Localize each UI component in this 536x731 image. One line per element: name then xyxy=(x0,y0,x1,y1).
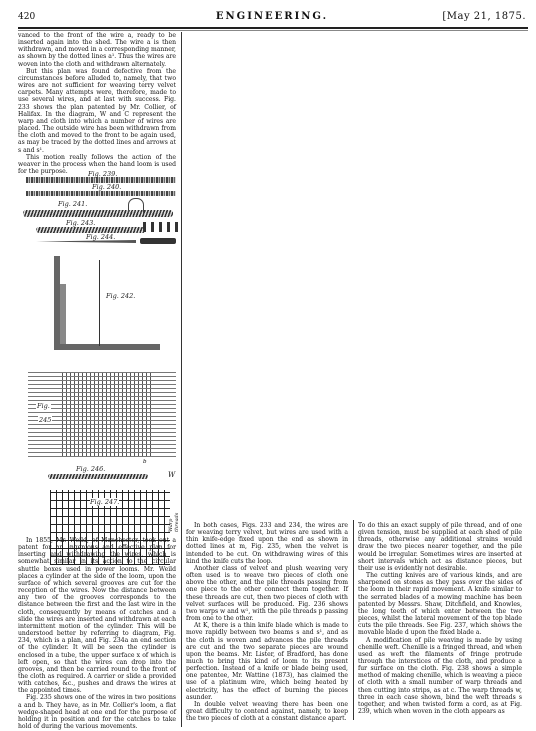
column-divider-2 xyxy=(353,520,354,720)
paragraph: Fig. 235 shows one of the wires in two p… xyxy=(18,694,176,730)
paragraph: But this plan was found defective from t… xyxy=(18,68,176,154)
paragraph: vanced to the front of the wire a, ready… xyxy=(18,32,176,68)
fig-246-label-w: W xyxy=(168,471,175,479)
fig-246-label: Fig. 246. xyxy=(76,465,105,473)
fig-245-woven-grid xyxy=(62,372,154,457)
fig-242-label: Fig. 242. xyxy=(106,292,135,300)
fig-247-warp-label: Warp threads xyxy=(168,507,180,532)
fig-245-label: Fig. xyxy=(36,402,51,410)
fig-245-label-b: b xyxy=(143,459,147,465)
fig-239-label: Fig. 239. xyxy=(88,170,117,178)
fig-245-number: 245 xyxy=(38,416,52,424)
column-2-text: In both cases, Figs. 233 and 234, the wi… xyxy=(186,522,348,722)
figure-group: Fig. 239. Fig. 240. Fig. 241. Fig. 243. … xyxy=(18,172,176,532)
paragraph: In both cases, Figs. 233 and 234, the wi… xyxy=(186,522,348,565)
fig-244-label: Fig. 244. xyxy=(86,233,115,241)
fig-241-label: Fig. 241. xyxy=(58,200,87,208)
paragraph: To do this an exact supply of pile threa… xyxy=(358,522,522,572)
column-3-text: To do this an exact supply of pile threa… xyxy=(358,522,522,715)
header-rule-thin xyxy=(18,30,528,31)
fig-243-label: Fig. 243. xyxy=(66,219,95,227)
fig-243-tufts xyxy=(143,222,178,232)
paragraph: Another class of velvet and plush weavin… xyxy=(186,565,348,622)
paragraph: The cutting knives are of various kinds,… xyxy=(358,572,522,636)
fig-241-chenille-cord xyxy=(23,210,173,217)
fig-242-base-bar xyxy=(54,344,160,350)
fig-240-label: Fig. 240. xyxy=(92,183,121,191)
issue-date: [May 21, 1875. xyxy=(442,11,526,22)
fig-242-rod xyxy=(99,260,100,346)
fig-241-fringe-tuft xyxy=(128,198,144,213)
paragraph: In double velvet weaving there has been … xyxy=(186,701,348,722)
paragraph: At K, there is a thin knife blade which … xyxy=(186,622,348,701)
page-header: 420 ENGINEERING. [May 21, 1875. xyxy=(18,10,526,24)
column-1-bottom-text: In 1855, Mr. Weild, of Manchester, took … xyxy=(18,537,176,730)
paragraph: A modification of pile weaving is made b… xyxy=(358,637,522,716)
fig-242-upright-2 xyxy=(60,284,66,348)
header-rule xyxy=(18,27,528,29)
fig-244-handle xyxy=(140,238,176,244)
column-divider-1 xyxy=(181,32,182,727)
fig-246-cord xyxy=(48,474,148,479)
fig-247-label: Fig. 247. xyxy=(90,498,119,506)
paragraph: In 1855, Mr. Weild, of Manchester, took … xyxy=(18,537,176,694)
fig-240-fabric-illustration xyxy=(26,191,176,196)
column-1-top-text: vanced to the front of the wire a, ready… xyxy=(18,32,176,175)
